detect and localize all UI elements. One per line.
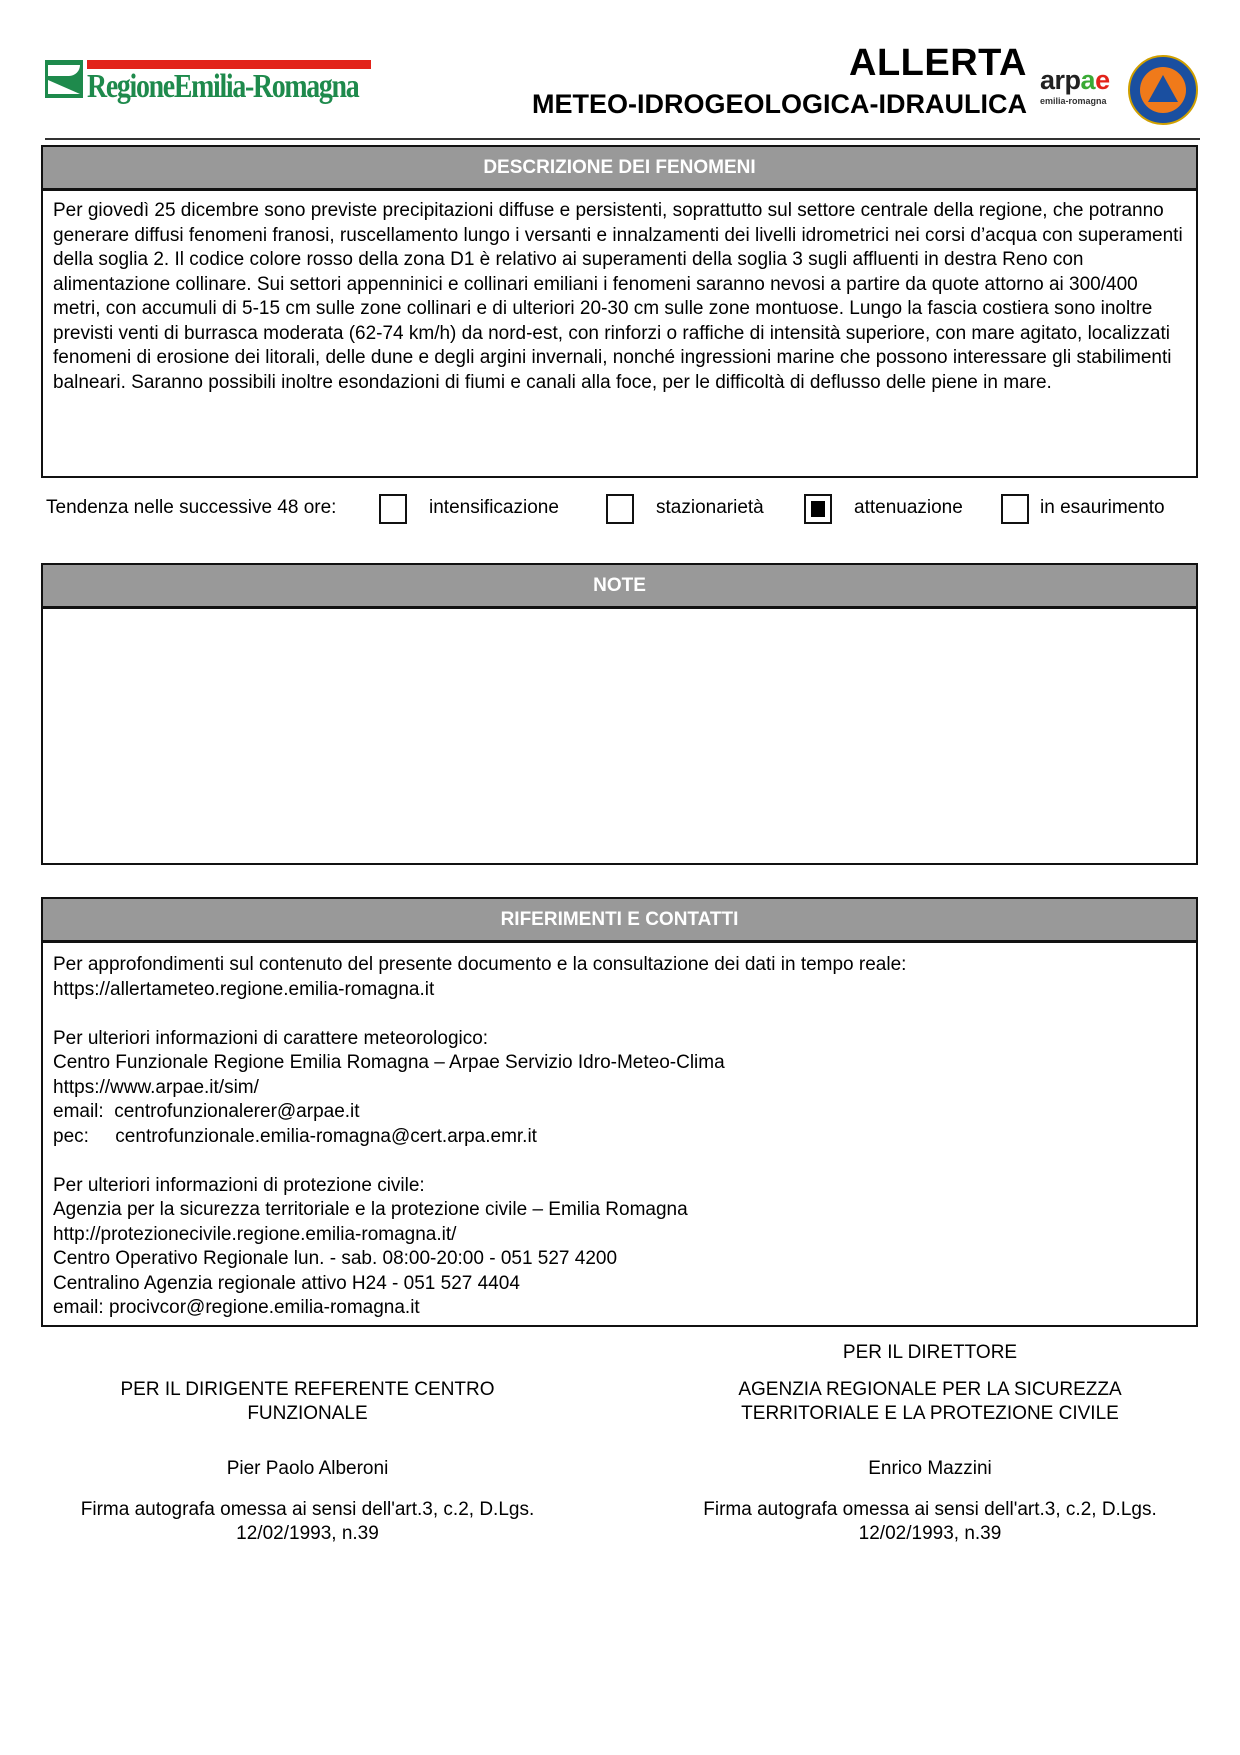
- references-section: RIFERIMENTI E CONTATTI Per approfondimen…: [41, 897, 1198, 1327]
- checkbox-stazionarieta[interactable]: [606, 494, 634, 524]
- ref-link-protezionecivile[interactable]: http://protezionecivile.regione.emilia-r…: [53, 1223, 1186, 1248]
- sig-right-prefix: PER IL DIRETTORE: [650, 1341, 1210, 1365]
- option-label-stazionarieta: stazionarietà: [656, 497, 764, 519]
- header-divider: [45, 138, 1200, 140]
- checkbox-attenuazione[interactable]: [804, 494, 832, 524]
- region-flag-icon: [45, 60, 83, 98]
- ref-meteo-heading: Per ulteriori informazioni di carattere …: [53, 1027, 1186, 1052]
- ref-intro: Per approfondimenti sul contenuto del pr…: [53, 953, 1186, 978]
- arpae-logo: arpae emilia-romagna: [1040, 66, 1120, 114]
- arpae-wordmark: arpae: [1040, 66, 1120, 94]
- ref-spacer: [53, 1002, 1186, 1027]
- sig-right-name: Enrico Mazzini: [650, 1457, 1210, 1481]
- protezione-civile-logo-icon: [1128, 55, 1198, 125]
- ref-centro-funzionale: Centro Funzionale Regione Emilia Romagna…: [53, 1051, 1186, 1076]
- ref-link-arpae-sim[interactable]: https://www.arpae.it/sim/: [53, 1076, 1186, 1101]
- sig-right-note: Firma autografa omessa ai sensi dell'art…: [650, 1498, 1210, 1546]
- arpae-region-label: emilia-romagna: [1040, 96, 1120, 106]
- ref-cor-phone: Centro Operativo Regionale lun. - sab. 0…: [53, 1247, 1186, 1272]
- region-wordmark: RegioneEmilia-Romagna: [87, 68, 358, 106]
- sig-left-role: PER IL DIRIGENTE REFERENTE CENTRO FUNZIO…: [40, 1378, 575, 1426]
- page-subtitle: METEO-IDROGEOLOGICA-IDRAULICA: [532, 89, 1027, 120]
- ref-link-allertameteo[interactable]: https://allertameteo.regione.emilia-roma…: [53, 978, 1186, 1003]
- ref-email-procivcor[interactable]: email: procivcor@regione.emilia-romagna.…: [53, 1296, 1186, 1321]
- notes-text: [43, 609, 1196, 625]
- ref-spacer: [53, 1149, 1186, 1174]
- ref-pec-cf[interactable]: pec: centrofunzionale.emilia-romagna@cer…: [53, 1125, 1186, 1150]
- option-label-intensificazione: intensificazione: [429, 497, 559, 519]
- references-body: Per approfondimenti sul contenuto del pr…: [43, 943, 1196, 1329]
- page-title: ALLERTA: [849, 42, 1027, 85]
- ref-agenzia: Agenzia per la sicurezza territoriale e …: [53, 1198, 1186, 1223]
- trend-label: Tendenza nelle successive 48 ore:: [46, 497, 336, 519]
- option-label-in-esaurimento: in esaurimento: [1040, 497, 1165, 519]
- ref-pc-heading: Per ulteriori informazioni di protezione…: [53, 1174, 1186, 1199]
- ref-email-cf[interactable]: email: centrofunzionalerer@arpae.it: [53, 1100, 1186, 1125]
- notes-heading: NOTE: [43, 565, 1196, 609]
- triangle-icon: [1148, 75, 1178, 102]
- sig-left-name: Pier Paolo Alberoni: [40, 1457, 575, 1481]
- description-section: DESCRIZIONE DEI FENOMENI Per giovedì 25 …: [41, 145, 1198, 478]
- option-label-attenuazione: attenuazione: [854, 497, 963, 519]
- description-text: Per giovedì 25 dicembre sono previste pr…: [43, 191, 1196, 403]
- description-heading: DESCRIZIONE DEI FENOMENI: [43, 147, 1196, 191]
- references-heading: RIFERIMENTI E CONTATTI: [43, 899, 1196, 943]
- checkbox-in-esaurimento[interactable]: [1001, 494, 1029, 524]
- sig-left-note: Firma autografa omessa ai sensi dell'art…: [40, 1498, 575, 1546]
- notes-section: NOTE: [41, 563, 1198, 865]
- ref-centralino-phone: Centralino Agenzia regionale attivo H24 …: [53, 1272, 1186, 1297]
- sig-right-role: AGENZIA REGIONALE PER LA SICUREZZA TERRI…: [650, 1378, 1210, 1426]
- checkbox-intensificazione[interactable]: [379, 494, 407, 524]
- regione-emilia-romagna-logo: RegioneEmilia-Romagna: [45, 58, 375, 108]
